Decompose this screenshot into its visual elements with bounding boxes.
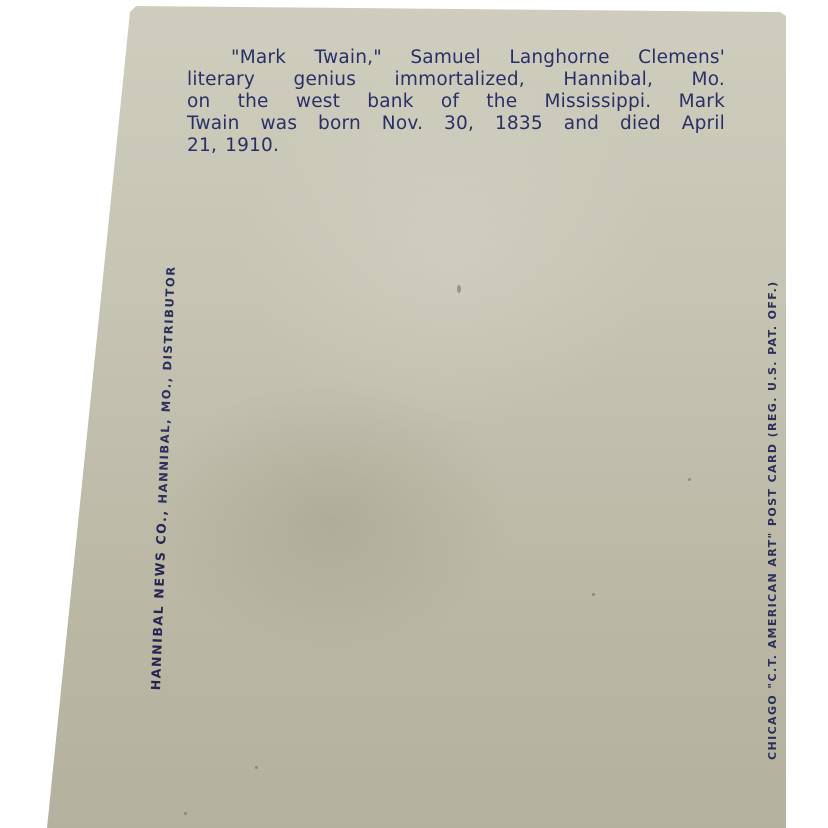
printer-imprint: CHICAGO "C.T. AMERICAN ART" POST CARD (R…: [766, 280, 779, 760]
paper-speck: [255, 766, 258, 769]
paper-speck: [457, 285, 461, 293]
caption-line: on the west bank of the Mississippi. Mar…: [187, 91, 725, 113]
paper-speck: [688, 478, 691, 481]
photo-stage: "Mark Twain," Samuel Langhorne Clemens' …: [0, 0, 828, 828]
paper-speck: [592, 593, 595, 596]
caption-line: Twain was born Nov. 30, 1835 and died Ap…: [187, 113, 725, 135]
paper-speck: [184, 812, 187, 815]
caption-line: 21, 1910.: [187, 135, 725, 157]
caption-line: literary genius immortalized, Hannibal, …: [187, 69, 725, 91]
caption-line: "Mark Twain," Samuel Langhorne Clemens': [187, 47, 725, 69]
postcard-caption: "Mark Twain," Samuel Langhorne Clemens' …: [187, 47, 725, 157]
